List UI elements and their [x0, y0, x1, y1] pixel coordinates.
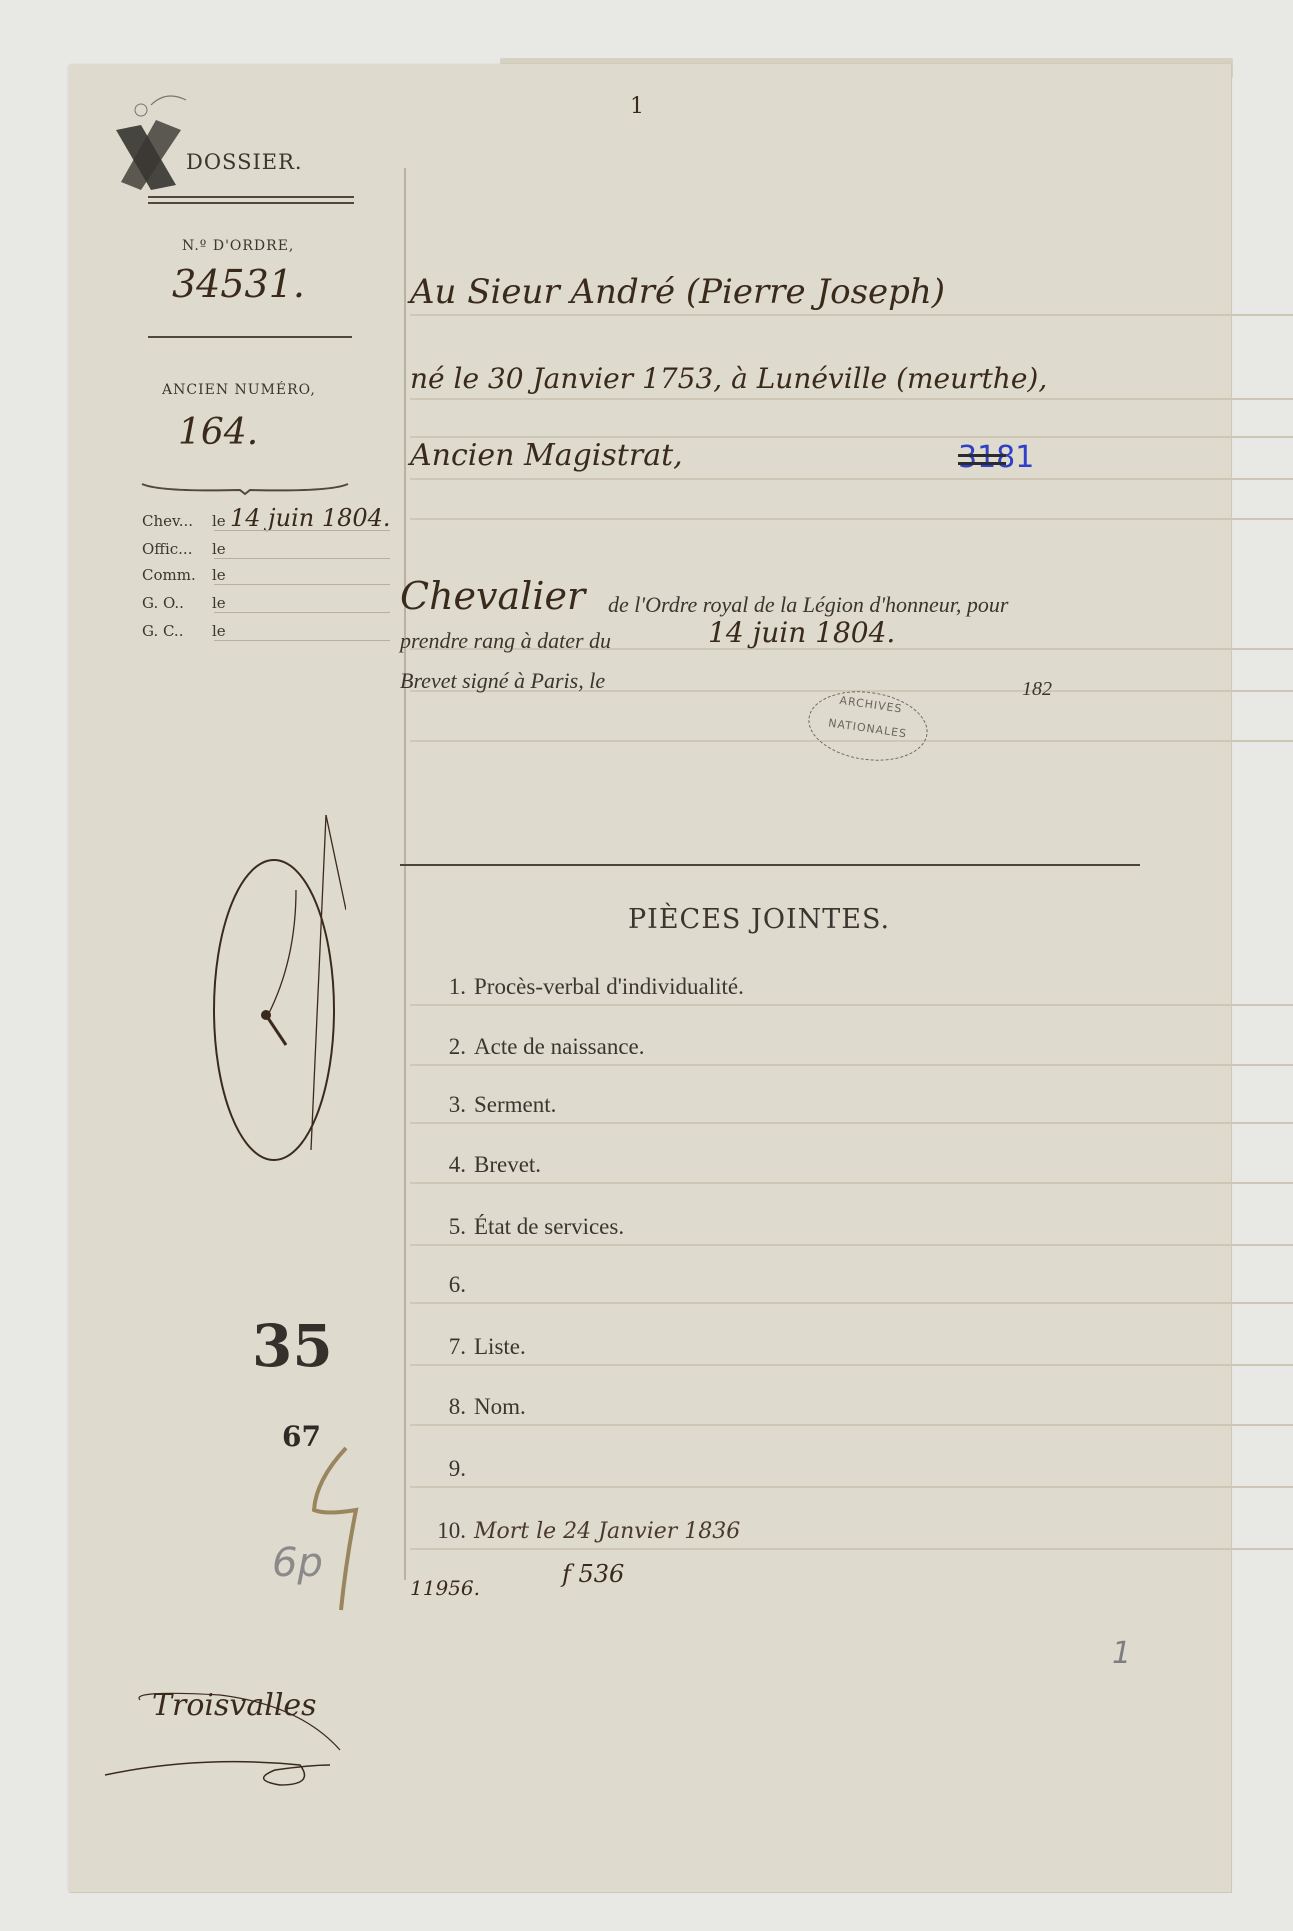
cross-stamp-icon	[96, 90, 196, 200]
piece-number: 9.	[432, 1456, 466, 1482]
prendre-rang-date: 14 juin 1804.	[708, 616, 895, 649]
prendre-rang-label: prendre rang à dater du	[400, 628, 611, 654]
sidebar-separator	[148, 336, 352, 338]
grade-row-commandeur: Comm.le	[142, 566, 392, 584]
piece-item: 10.Mort le 24 Janvier 1836	[432, 1518, 740, 1544]
no-ordre-value: 34531.	[172, 262, 305, 306]
stamp-number: 35	[252, 1312, 333, 1380]
ruled-line	[410, 1486, 1293, 1488]
piece-number: 1.	[432, 974, 466, 1000]
piece-label: Brevet.	[474, 1152, 541, 1177]
ancien-numero-value: 164.	[178, 412, 258, 453]
ruled-line	[410, 478, 1293, 480]
piece-label: Serment.	[474, 1092, 556, 1117]
grade-underline	[214, 612, 390, 613]
piece-item: 5.État de services.	[432, 1214, 624, 1240]
footer-note-left: 11956.	[410, 1576, 480, 1600]
grade-underline	[214, 640, 390, 641]
piece-label: Procès-verbal d'individualité.	[474, 974, 744, 999]
section-divider	[400, 864, 1140, 866]
footer-note-right: f 536	[562, 1560, 624, 1588]
blue-annotation: 3181	[958, 440, 1034, 475]
column-divider	[404, 168, 406, 1580]
grade-le: le	[212, 566, 226, 584]
strikethrough	[958, 454, 1006, 457]
ruled-line	[410, 1424, 1293, 1426]
grade-row-grand-croix: G. C..le	[142, 622, 392, 640]
grade-row-grand-officier: G. O..le	[142, 594, 392, 612]
no-ordre-label: N.º D'ORDRE,	[182, 238, 294, 254]
grade-row-officier: Offic...le	[142, 540, 392, 558]
piece-item: 6.	[432, 1272, 474, 1298]
grade-label: G. C..	[142, 622, 212, 640]
signature-flourish-icon	[100, 1670, 360, 1790]
flourish-divider	[140, 480, 350, 496]
grade-label: G. O..	[142, 594, 212, 612]
piece-item: 7.Liste.	[432, 1334, 526, 1360]
grade-underline	[214, 584, 390, 585]
grade-date: 14 juin 1804.	[230, 504, 391, 532]
grade-le: le	[212, 540, 226, 558]
piece-label: État de services.	[474, 1214, 624, 1239]
ink-loop-scribble-icon	[196, 810, 346, 1180]
pencil-note: 6p	[272, 1540, 323, 1586]
piece-item: 1.Procès-verbal d'individualité.	[432, 974, 744, 1000]
pieces-jointes-title: PIÈCES JOINTES.	[628, 904, 890, 935]
profession: Ancien Magistrat,	[410, 438, 683, 473]
ruled-line	[410, 1064, 1293, 1066]
ruled-line	[410, 1004, 1293, 1006]
piece-item: 9.	[432, 1456, 474, 1482]
ruled-line	[410, 1244, 1293, 1246]
piece-label: Acte de naissance.	[474, 1034, 645, 1059]
piece-label: Nom.	[474, 1394, 526, 1419]
grade-label: Chev...	[142, 512, 212, 530]
grade-le: le	[212, 594, 226, 612]
strikethrough	[958, 462, 1006, 465]
top-page-mark: 1	[630, 94, 644, 119]
grade-le: le	[212, 622, 226, 640]
piece-number: 10.	[432, 1518, 466, 1544]
piece-number: 2.	[432, 1034, 466, 1060]
addressee-name: Au Sieur André (Pierre Joseph)	[410, 272, 945, 312]
piece-label: Liste.	[474, 1334, 526, 1359]
pencil-page-number: 1	[1112, 1636, 1131, 1671]
piece-number: 8.	[432, 1394, 466, 1420]
grade-handwritten: Chevalier	[400, 574, 585, 618]
grade-label: Comm.	[142, 566, 212, 584]
ruled-line	[410, 518, 1293, 520]
ancien-numero-label: ANCIEN NUMÉRO,	[162, 382, 316, 398]
ruled-line	[410, 1548, 1293, 1550]
dossier-double-rule	[148, 196, 354, 204]
brown-pencil-stroke-icon	[306, 1440, 376, 1620]
ruled-line	[410, 398, 1293, 400]
ruled-line	[410, 1302, 1293, 1304]
piece-number: 7.	[432, 1334, 466, 1360]
dossier-label: DOSSIER.	[186, 150, 303, 174]
blue-annotation-text: 3181	[958, 440, 1034, 475]
grade-row-chevalier: Chev...le 14 juin 1804.	[142, 512, 392, 530]
birth-info: né le 30 Janvier 1753, à Lunéville (meur…	[410, 362, 1047, 395]
grade-label: Offic...	[142, 540, 212, 558]
brevet-signe-label: Brevet signé à Paris, le	[400, 668, 605, 694]
piece-item: 2.Acte de naissance.	[432, 1034, 645, 1060]
grade-le: le	[212, 512, 226, 530]
grade-underline	[214, 558, 390, 559]
piece-item: 4.Brevet.	[432, 1152, 541, 1178]
piece-item: 8.Nom.	[432, 1394, 526, 1420]
brevet-year: 182	[1022, 678, 1052, 701]
piece-label-handwritten: Mort le 24 Janvier 1836	[474, 1519, 740, 1544]
piece-number: 3.	[432, 1092, 466, 1118]
ruled-line	[410, 1364, 1293, 1366]
grade-printed: de l'Ordre royal de la Légion d'honneur,…	[608, 592, 1009, 618]
ruled-line	[410, 1182, 1293, 1184]
piece-number: 4.	[432, 1152, 466, 1178]
ruled-line	[410, 1122, 1293, 1124]
piece-number: 5.	[432, 1214, 466, 1240]
piece-item: 3.Serment.	[432, 1092, 556, 1118]
piece-number: 6.	[432, 1272, 466, 1298]
ruled-line	[410, 314, 1293, 316]
grade-underline	[214, 530, 390, 531]
